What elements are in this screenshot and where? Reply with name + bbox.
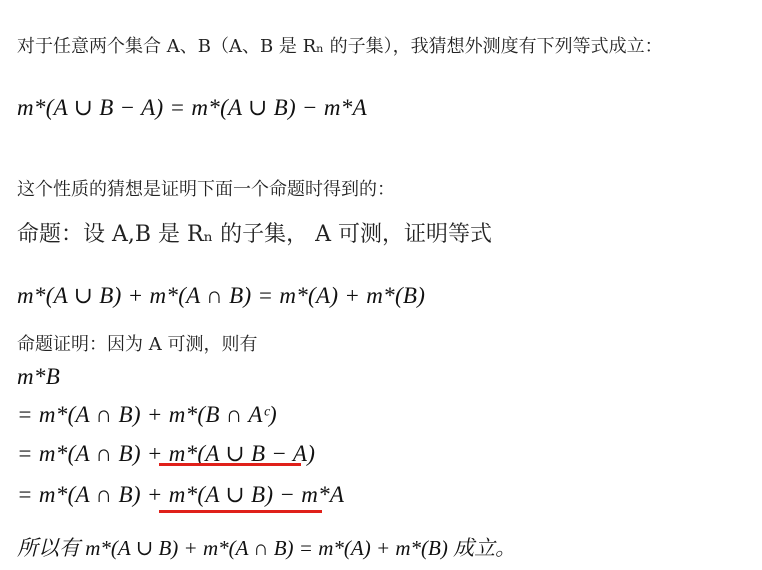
proof-step-1: m*B (17, 364, 60, 390)
red-underline-1 (159, 463, 301, 466)
proposition-equation: m*(A ∪ B) + m*(A ∩ B) = m*(A) + m*(B) (17, 283, 425, 309)
proof-step-2: = m*(A ∩ B) + m*(B ∩ Aᶜ) (17, 402, 277, 428)
context-text: 这个性质的猜想是证明下面一个命题时得到的： (17, 175, 395, 201)
intro-text: 对于任意两个集合 A、B（A、B 是 Rₙ 的子集），我猜想外测度有下列等式成立… (17, 32, 663, 58)
conjecture-equation: m*(A ∪ B − A) = m*(A ∪ B) − m*A (17, 95, 367, 121)
proof-step-4: = m*(A ∩ B) + m*(A ∪ B) − m*A (17, 482, 344, 508)
conclusion-text: 所以有 m*(A ∪ B) + m*(A ∩ B) = m*(A) + m*(B… (17, 532, 516, 562)
red-underline-2 (159, 510, 322, 513)
proof-intro: 命题证明：因为 A 可测，则有 (17, 330, 257, 356)
proposition-text: 命题：设 A,B 是 Rₙ 的子集， A 可测，证明等式 (17, 217, 492, 248)
